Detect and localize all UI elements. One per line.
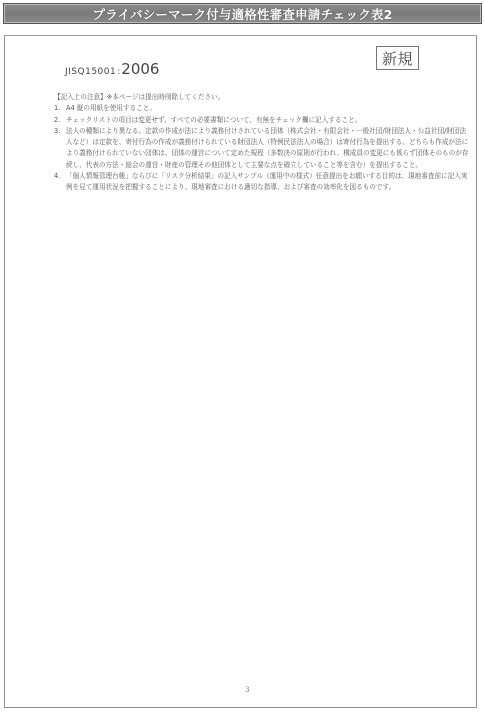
entry-notes: 【記入上の注意】※本ページは提出時削除してください。 1. A4 縦の用紙を使用… <box>54 92 469 194</box>
new-application-badge: 新規 <box>376 46 419 70</box>
standard-year: 2006 <box>121 60 159 78</box>
note-number: 2. <box>54 115 66 126</box>
note-text: 「個人情報管理台帳」ならびに「リスク分析結果」の記入サンプル（運用中の様式）任意… <box>66 171 469 194</box>
note-item: 2. チェックリストの項目は変更せず、すべての必要書類について、有無をチェック欄… <box>54 115 469 126</box>
document-title-bar: プライバシーマーク付与適格性審査申請チェック表2 <box>3 3 482 24</box>
document-title: プライバシーマーク付与適格性審査申請チェック表2 <box>93 5 393 23</box>
notes-header: 【記入上の注意】※本ページは提出時削除してください。 <box>54 92 469 103</box>
note-number: 4. <box>54 171 66 194</box>
note-item: 1. A4 縦の用紙を使用すること。 <box>54 103 469 114</box>
standard-prefix: JISQ15001 <box>65 67 116 77</box>
standard-label: JISQ15001 : 2006 <box>65 60 159 78</box>
note-text: A4 縦の用紙を使用すること。 <box>66 103 469 114</box>
standard-separator: : <box>117 67 120 77</box>
page-number: 3 <box>245 686 249 694</box>
note-item: 4. 「個人情報管理台帳」ならびに「リスク分析結果」の記入サンプル（運用中の様式… <box>54 171 469 194</box>
note-number: 3. <box>54 126 66 171</box>
note-number: 1. <box>54 103 66 114</box>
note-text: 法人の種類により異なる。定款の作成が法により義務付けされている団体（株式会社・有… <box>66 126 469 171</box>
note-text: チェックリストの項目は変更せず、すべての必要書類について、有無をチェック欄に記入… <box>66 115 469 126</box>
note-item: 3. 法人の種類により異なる。定款の作成が法により義務付けされている団体（株式会… <box>54 126 469 171</box>
